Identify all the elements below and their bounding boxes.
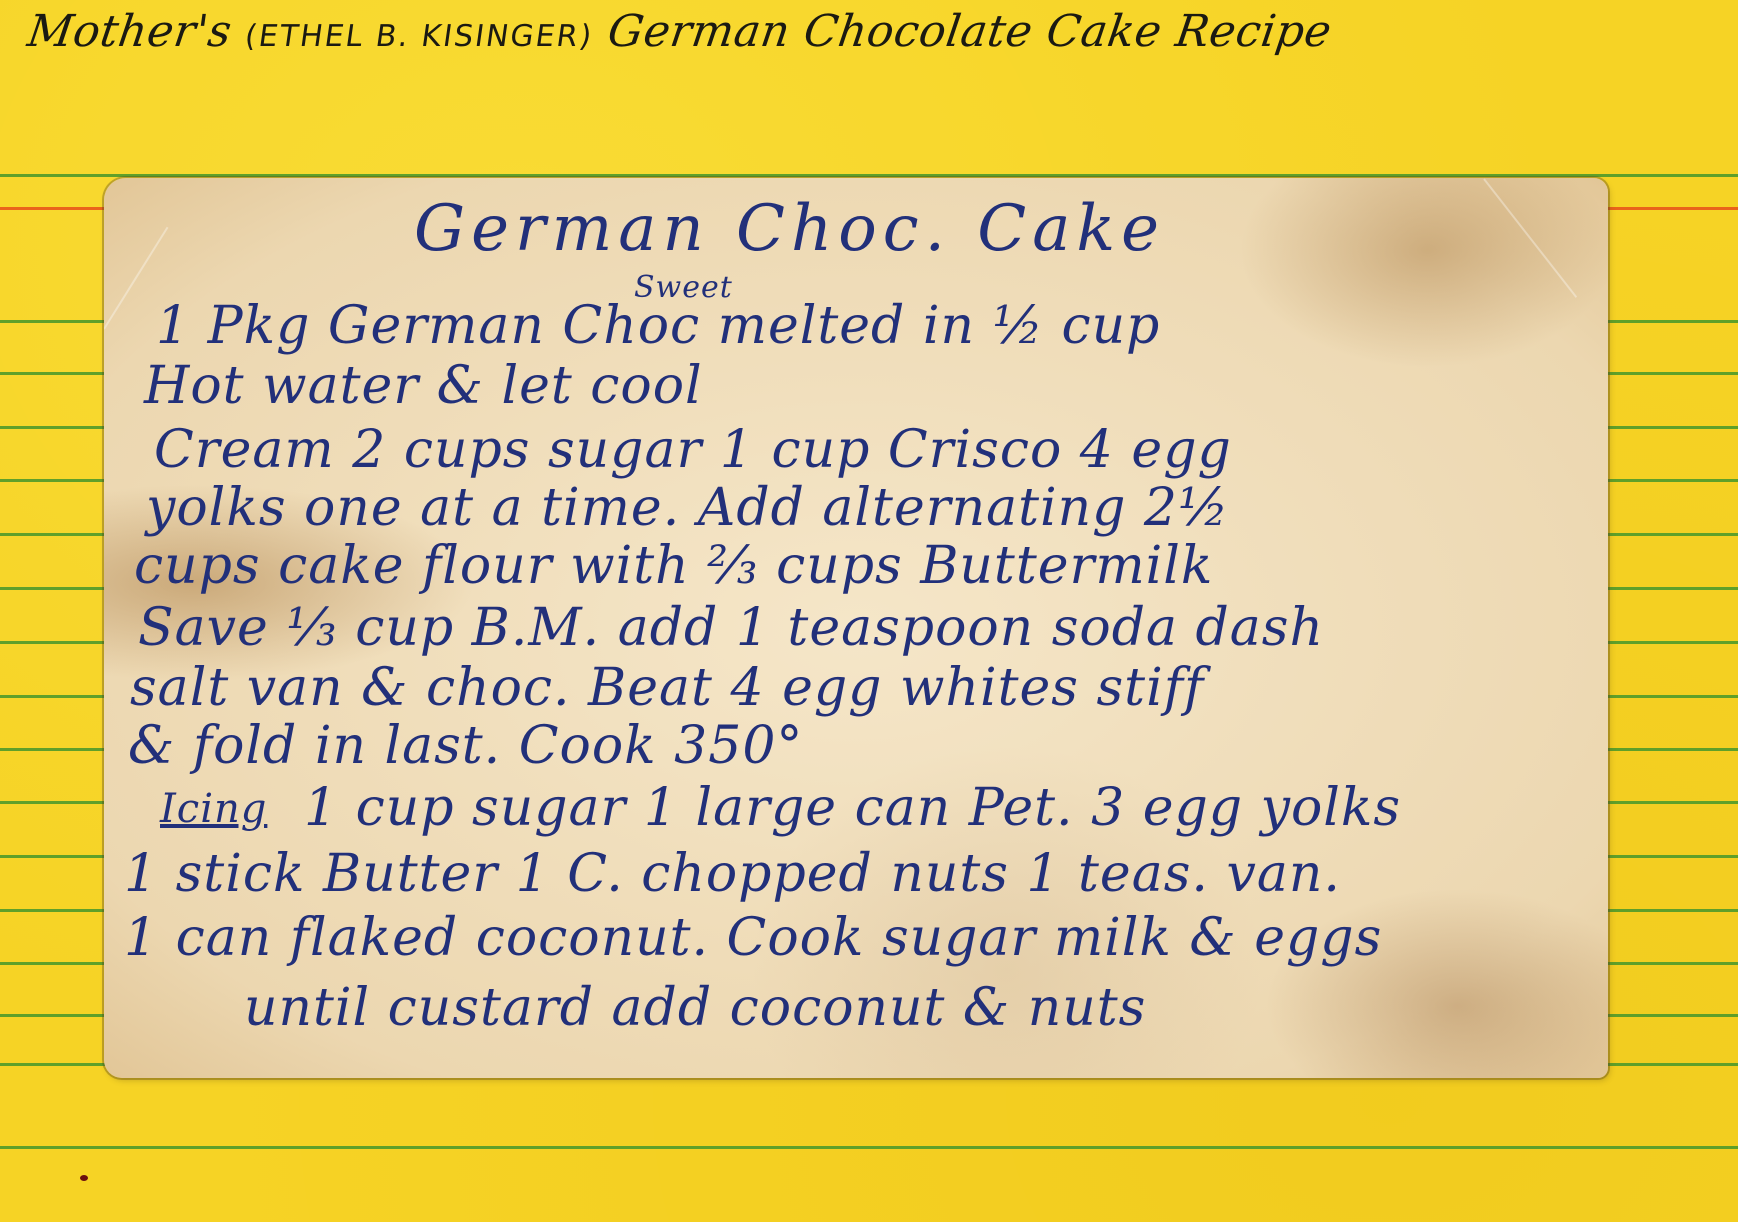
icing-line: 1 stick Butter 1 C. chopped nuts 1 teas.… (124, 844, 1341, 904)
recipe-line: salt van & choc. Beat 4 egg whites stiff (130, 658, 1204, 718)
green-rule (0, 1146, 1738, 1149)
ink-speck (80, 1175, 88, 1181)
recipe-card: German Choc. Cake Sweet 1 Pkg German Cho… (104, 178, 1608, 1078)
icing-label: Icing (160, 786, 267, 832)
recipe-line: Save ⅓ cup B.M. add 1 teaspoon soda dash (138, 598, 1324, 658)
recipe-line: 1 Pkg German Choc melted in ½ cup (156, 296, 1160, 356)
recipe-line: cups cake flour with ⅔ cups Buttermilk (134, 536, 1213, 596)
recipe-line: Hot water & let cool (144, 356, 703, 416)
icing-line: 1 can flaked coconut. Cook sugar milk & … (124, 908, 1382, 968)
recipe-title: German Choc. Cake (414, 192, 1165, 266)
icing-line: until custard add coconut & nuts (244, 978, 1146, 1038)
card-crease (1483, 178, 1577, 297)
header-prefix: Mother's (24, 6, 234, 57)
green-rule (0, 174, 1738, 177)
recipe-line: Cream 2 cups sugar 1 cup Crisco 4 egg (154, 420, 1232, 480)
recipe-line: yolks one at a time. Add alternating 2½ (146, 478, 1229, 538)
card-header-handwriting: Mother's (ETHEL B. KISINGER) German Choc… (24, 6, 1334, 57)
recipe-line: & fold in last. Cook 350° (128, 716, 803, 776)
header-author: (ETHEL B. KISINGER) (243, 19, 596, 54)
header-suffix: German Chocolate Cake Recipe (605, 6, 1335, 57)
icing-line: 1 cup sugar 1 large can Pet. 3 egg yolks (304, 778, 1401, 838)
